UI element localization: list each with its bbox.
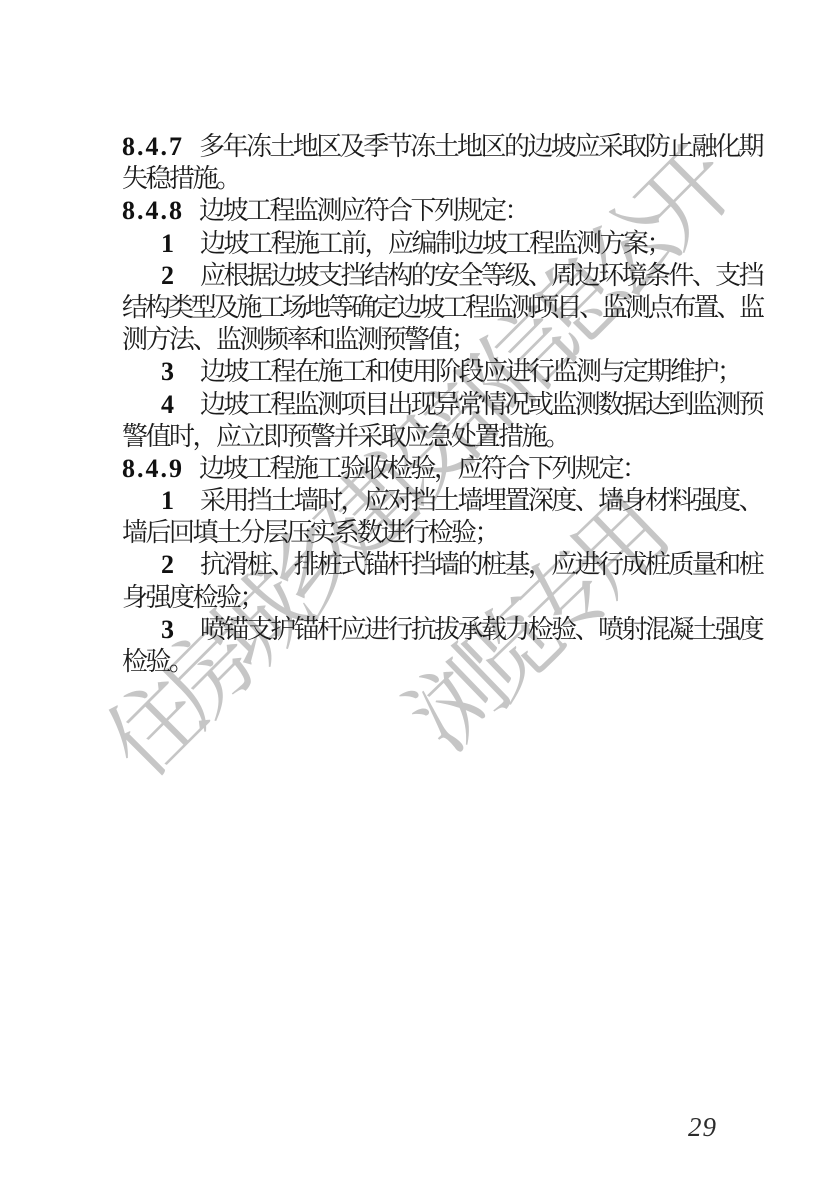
page-number: 29 bbox=[688, 1112, 736, 1143]
item-number: 2 bbox=[161, 261, 174, 290]
text-line: 3边坡工程在施工和使用阶段应进行监测与定期维护； bbox=[122, 356, 762, 388]
item-number: 1 bbox=[161, 229, 174, 258]
text-line: 1边坡工程施工前，应编制边坡工程监测方案； bbox=[122, 228, 762, 260]
text-line: 2抗滑桩、排桩式锚杆挡墙的桩基，应进行成桩质量和桩 bbox=[122, 549, 762, 581]
text-line: 3喷锚支护锚杆应进行抗拔承载力检验、喷射混凝土强度 bbox=[122, 614, 762, 646]
clause-number: 8.4.8 bbox=[122, 196, 184, 225]
text-line: 测方法、监测频率和监测预警值； bbox=[122, 324, 762, 356]
clause-number: 8.4.9 bbox=[122, 454, 184, 483]
line-text: 结构类型及施工场地等确定边坡工程监测项目、监测点布置、监 bbox=[122, 293, 762, 322]
text-line: 2应根据边坡支挡结构的安全等级、周边环境条件、支挡 bbox=[122, 260, 762, 292]
line-text: 边坡工程在施工和使用阶段应进行监测与定期维护； bbox=[200, 357, 741, 386]
line-text: 应根据边坡支挡结构的安全等级、周边环境条件、支挡 bbox=[200, 261, 762, 290]
line-text: 身强度检验； bbox=[122, 583, 263, 612]
document-page: 住房城乡建设部信息公开 浏览专用 8.4.7多年冻土地区及季节冻土地区的边坡应采… bbox=[0, 0, 828, 1198]
item-number: 3 bbox=[161, 357, 174, 386]
text-line: 检验。 bbox=[122, 646, 762, 678]
line-text: 喷锚支护锚杆应进行抗拔承载力检验、喷射混凝土强度 bbox=[200, 615, 762, 644]
line-text: 多年冻土地区及季节冻土地区的边坡应采取防止融化期 bbox=[199, 132, 762, 161]
line-text: 警值时，应立即预警并采取应急处置措施。 bbox=[122, 422, 569, 451]
text-line: 8.4.7多年冻土地区及季节冻土地区的边坡应采取防止融化期 bbox=[122, 131, 762, 163]
text-line: 警值时，应立即预警并采取应急处置措施。 bbox=[122, 421, 762, 453]
line-text: 边坡工程监测项目出现异常情况或监测数据达到监测预 bbox=[200, 390, 762, 419]
text-line: 1采用挡土墙时，应对挡土墙埋置深度、墙身材料强度、 bbox=[122, 485, 762, 517]
document-body: 8.4.7多年冻土地区及季节冻土地区的边坡应采取防止融化期 失稳措施。 8.4.… bbox=[122, 131, 762, 678]
item-number: 4 bbox=[161, 390, 174, 419]
item-number: 3 bbox=[161, 615, 174, 644]
line-text: 抗滑桩、排桩式锚杆挡墙的桩基，应进行成桩质量和桩 bbox=[200, 550, 762, 579]
clause-number: 8.4.7 bbox=[122, 132, 184, 161]
line-text: 测方法、监测频率和监测预警值； bbox=[122, 325, 475, 354]
line-text: 墙后回填土分层压实系数进行检验； bbox=[122, 518, 498, 547]
line-text: 失稳措施。 bbox=[122, 164, 240, 193]
text-line: 墙后回填土分层压实系数进行检验； bbox=[122, 517, 762, 549]
text-line: 4边坡工程监测项目出现异常情况或监测数据达到监测预 bbox=[122, 389, 762, 421]
item-number: 1 bbox=[161, 486, 174, 515]
text-line: 失稳措施。 bbox=[122, 163, 762, 195]
text-line: 8.4.8边坡工程监测应符合下列规定： bbox=[122, 195, 762, 227]
line-text: 边坡工程监测应符合下列规定： bbox=[199, 196, 528, 225]
text-line: 结构类型及施工场地等确定边坡工程监测项目、监测点布置、监 bbox=[122, 292, 762, 324]
line-text: 采用挡土墙时，应对挡土墙埋置深度、墙身材料强度、 bbox=[200, 486, 762, 515]
line-text: 检验。 bbox=[122, 647, 193, 676]
text-line: 8.4.9边坡工程施工验收检验，应符合下列规定： bbox=[122, 453, 762, 485]
line-text: 边坡工程施工前，应编制边坡工程监测方案； bbox=[200, 229, 670, 258]
line-text: 边坡工程施工验收检验，应符合下列规定： bbox=[199, 454, 646, 483]
text-line: 身强度检验； bbox=[122, 582, 762, 614]
item-number: 2 bbox=[161, 550, 174, 579]
